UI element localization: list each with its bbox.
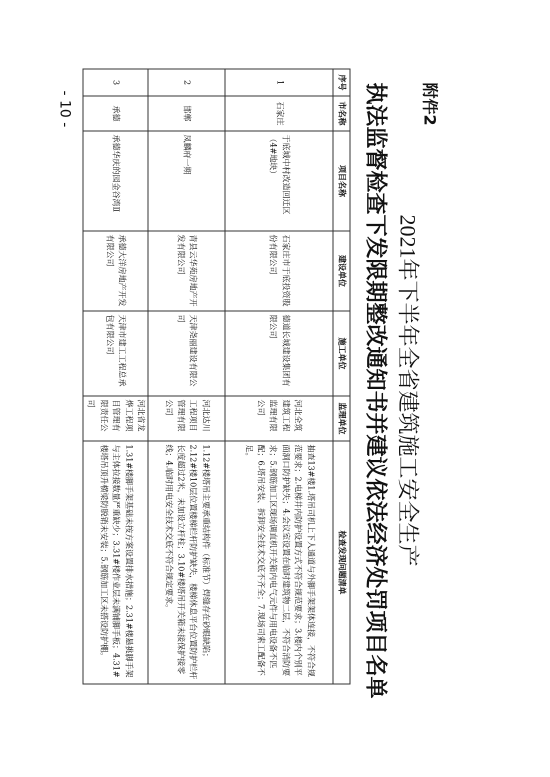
project-table: 序号 市名称 项目名称 建设单位 施工单位 监理单位 检查发现问题清单 1 石家… — [82, 68, 350, 684]
header-problems: 检查发现问题清单 — [333, 441, 350, 684]
cell-project: 于底城中村改造回迁区（4#地块） — [225, 131, 333, 231]
header-supervisor: 监理单位 — [333, 396, 350, 441]
header-builder: 建设单位 — [333, 231, 350, 311]
table-row: 1 石家庄 于底城中村改造回迁区（4#地块） 石家庄市于底投资股份有限公司 德道… — [225, 69, 333, 684]
cell-builder: 石家庄市于底投资股份有限公司 — [225, 231, 333, 311]
cell-supervisor: 河北省龙烨工程项目管理有限责任公司 — [83, 396, 148, 441]
table-header-row: 序号 市名称 项目名称 建设单位 施工单位 监理单位 检查发现问题清单 — [333, 69, 350, 684]
cell-no: 1 — [225, 69, 333, 96]
cell-project: 凤麟府一期 — [148, 131, 225, 231]
cell-city: 邯郸 — [148, 96, 225, 131]
cell-builder: 承德大洋房地产开发有限公司 — [83, 231, 148, 311]
cell-contractor: 天津尧丽建设有限公司 — [148, 311, 225, 396]
cell-supervisor: 河北达川工程项目管理有限公司 — [148, 396, 225, 441]
cell-problems: 1.31#楼脚手架基础未按方案设置排水措施；2.31#楼悬挑脚手架与主体拉接数量… — [83, 441, 148, 684]
header-city: 市名称 — [333, 96, 350, 131]
cell-city: 承德 — [83, 96, 148, 131]
cell-contractor: 天津市建工工程总承包有限公司 — [83, 311, 148, 396]
cell-no: 2 — [148, 69, 225, 96]
title-line-2: 执法监督检查下发限期整改通知书并建议依法经济处罚项目名单 — [361, 40, 392, 740]
cell-problems: 1.12#楼塔吊主要承重结构件（标准节）焊缝存在砂眼缺陷；2.12#楼10层位置… — [148, 441, 225, 684]
cell-problems: 抽查13#楼1.塔吊司机上下人通道与外脚手架架体连接，不符合规范要求；2.电梯井… — [225, 441, 333, 684]
header-project: 项目名称 — [333, 131, 350, 231]
cell-project: 承德华庆的园金谷湾Ⅱ — [83, 131, 148, 231]
header-no: 序号 — [333, 69, 350, 96]
header-contractor: 施工单位 — [333, 311, 350, 396]
page-number: - 10 - — [56, 90, 72, 127]
cell-builder: 青县云华苑房地产开发有限公司 — [148, 231, 225, 311]
cell-no: 3 — [83, 69, 148, 96]
table-row: 3 承德 承德华庆的园金谷湾Ⅱ 承德大洋房地产开发有限公司 天津市建工工程总承包… — [83, 69, 148, 684]
cell-city: 石家庄 — [225, 96, 333, 131]
table-row: 2 邯郸 凤麟府一期 青县云华苑房地产开发有限公司 天津尧丽建设有限公司 河北达… — [148, 69, 225, 684]
cell-supervisor: 河北全筑建筑工程监理有限公司 — [225, 396, 333, 441]
title-line-1: 2021年下半年全省建筑施工安全生产 — [393, 40, 424, 740]
document-page: 附件2 2021年下半年全省建筑施工安全生产 执法监督检查下发限期整改通知书并建… — [0, 0, 550, 777]
cell-contractor: 德道长城建设集团有限公司 — [225, 311, 333, 396]
